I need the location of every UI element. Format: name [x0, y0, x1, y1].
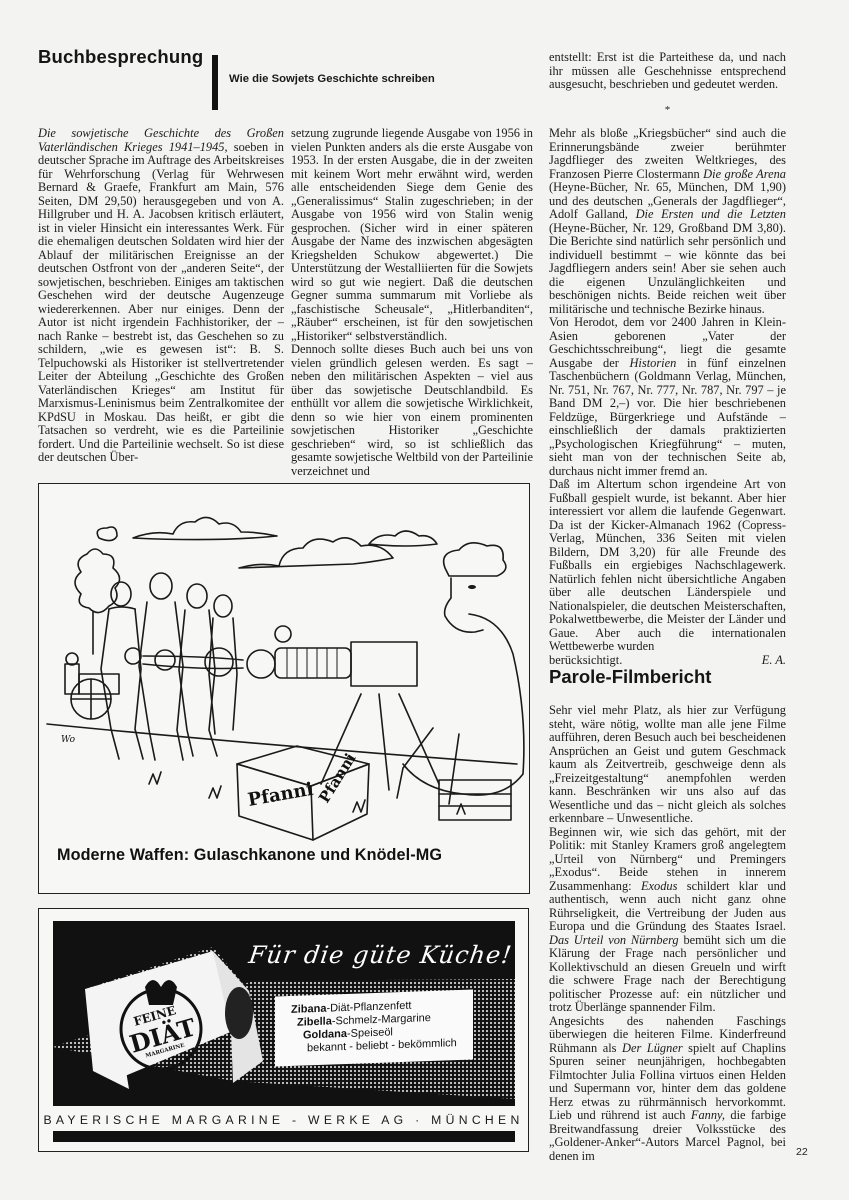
section-separator-asterisk: *	[549, 104, 786, 118]
film-paragraph: Angesichts des nahenden Faschings überwi…	[549, 1015, 786, 1164]
review-paragraph: Dennoch sollte dieses Buch auch bei uns …	[291, 343, 533, 478]
page-number: 22	[796, 1146, 808, 1158]
magazine-page: Buchbesprechung Wie die Sowjets Geschich…	[0, 0, 849, 1200]
cartoon-drawing: Pfanni Pfanni Wo	[39, 484, 530, 894]
reviews-column-3: entstellt: Erst ist die Parteithese da, …	[549, 51, 786, 667]
review-paragraph: Die sowjetische Geschichte des Großen Va…	[38, 127, 284, 465]
film-column: Sehr viel mehr Platz, als hier zur Verfü…	[549, 704, 786, 1163]
review-column-2: setzung zugrunde liegende Ausgabe von 19…	[291, 127, 533, 478]
review-paragraph: Mehr als bloße „Kriegsbücher“ sind auch …	[549, 127, 786, 316]
review-column-1: Die sowjetische Geschichte des Großen Va…	[38, 127, 284, 465]
review-paragraph: Von Herodot, dem vor 2400 Jahren in Klei…	[549, 316, 786, 478]
cartoon-caption: Moderne Waffen: Gulaschkanone und Knödel…	[57, 846, 442, 865]
review-paragraph: entstellt: Erst ist die Parteithese da, …	[549, 51, 786, 92]
author-initials: E. A.	[762, 654, 786, 668]
review-signature-line: berücksichtigt. E. A.	[549, 654, 786, 668]
article-subtitle: Wie die Sowjets Geschichte schreiben	[229, 73, 435, 85]
margarine-advertisement: FEINE DIÄT MARGARINE Für die güte Küche!…	[38, 908, 529, 1152]
artist-signature: Wo	[61, 735, 76, 745]
cartoon-illustration: Pfanni Pfanni Wo Moderne Waffen: Gulasch…	[38, 483, 530, 894]
review-paragraph: setzung zugrunde liegende Ausgabe von 19…	[291, 127, 533, 343]
product-list-card: Zibana-Diät-Pflanzenfett Zibella-Schmelz…	[275, 990, 473, 1067]
review-paragraph: Daß im Altertum schon irgendeine Art von…	[549, 478, 786, 654]
pfanni-brand-text: Pfanni	[246, 779, 315, 811]
film-paragraph: Beginnen wir, wie sich das gehört, mit d…	[549, 826, 786, 1015]
ad-bottom-bar	[53, 1131, 515, 1142]
section-heading: Buchbesprechung	[38, 46, 203, 68]
ad-slogan: Für die güte Küche!	[247, 941, 514, 969]
film-paragraph: Sehr viel mehr Platz, als hier zur Verfü…	[549, 704, 786, 826]
ad-company-name: BAYERISCHE MARGARINE - WERKE AG · MÜNCHE…	[39, 1113, 528, 1127]
svg-text:Pfanni: Pfanni	[315, 750, 360, 806]
film-section-heading: Parole-Filmbericht	[549, 666, 711, 688]
heading-divider-bar	[212, 55, 218, 110]
ad-black-panel: FEINE DIÄT MARGARINE Für die güte Küche!…	[53, 921, 515, 1106]
